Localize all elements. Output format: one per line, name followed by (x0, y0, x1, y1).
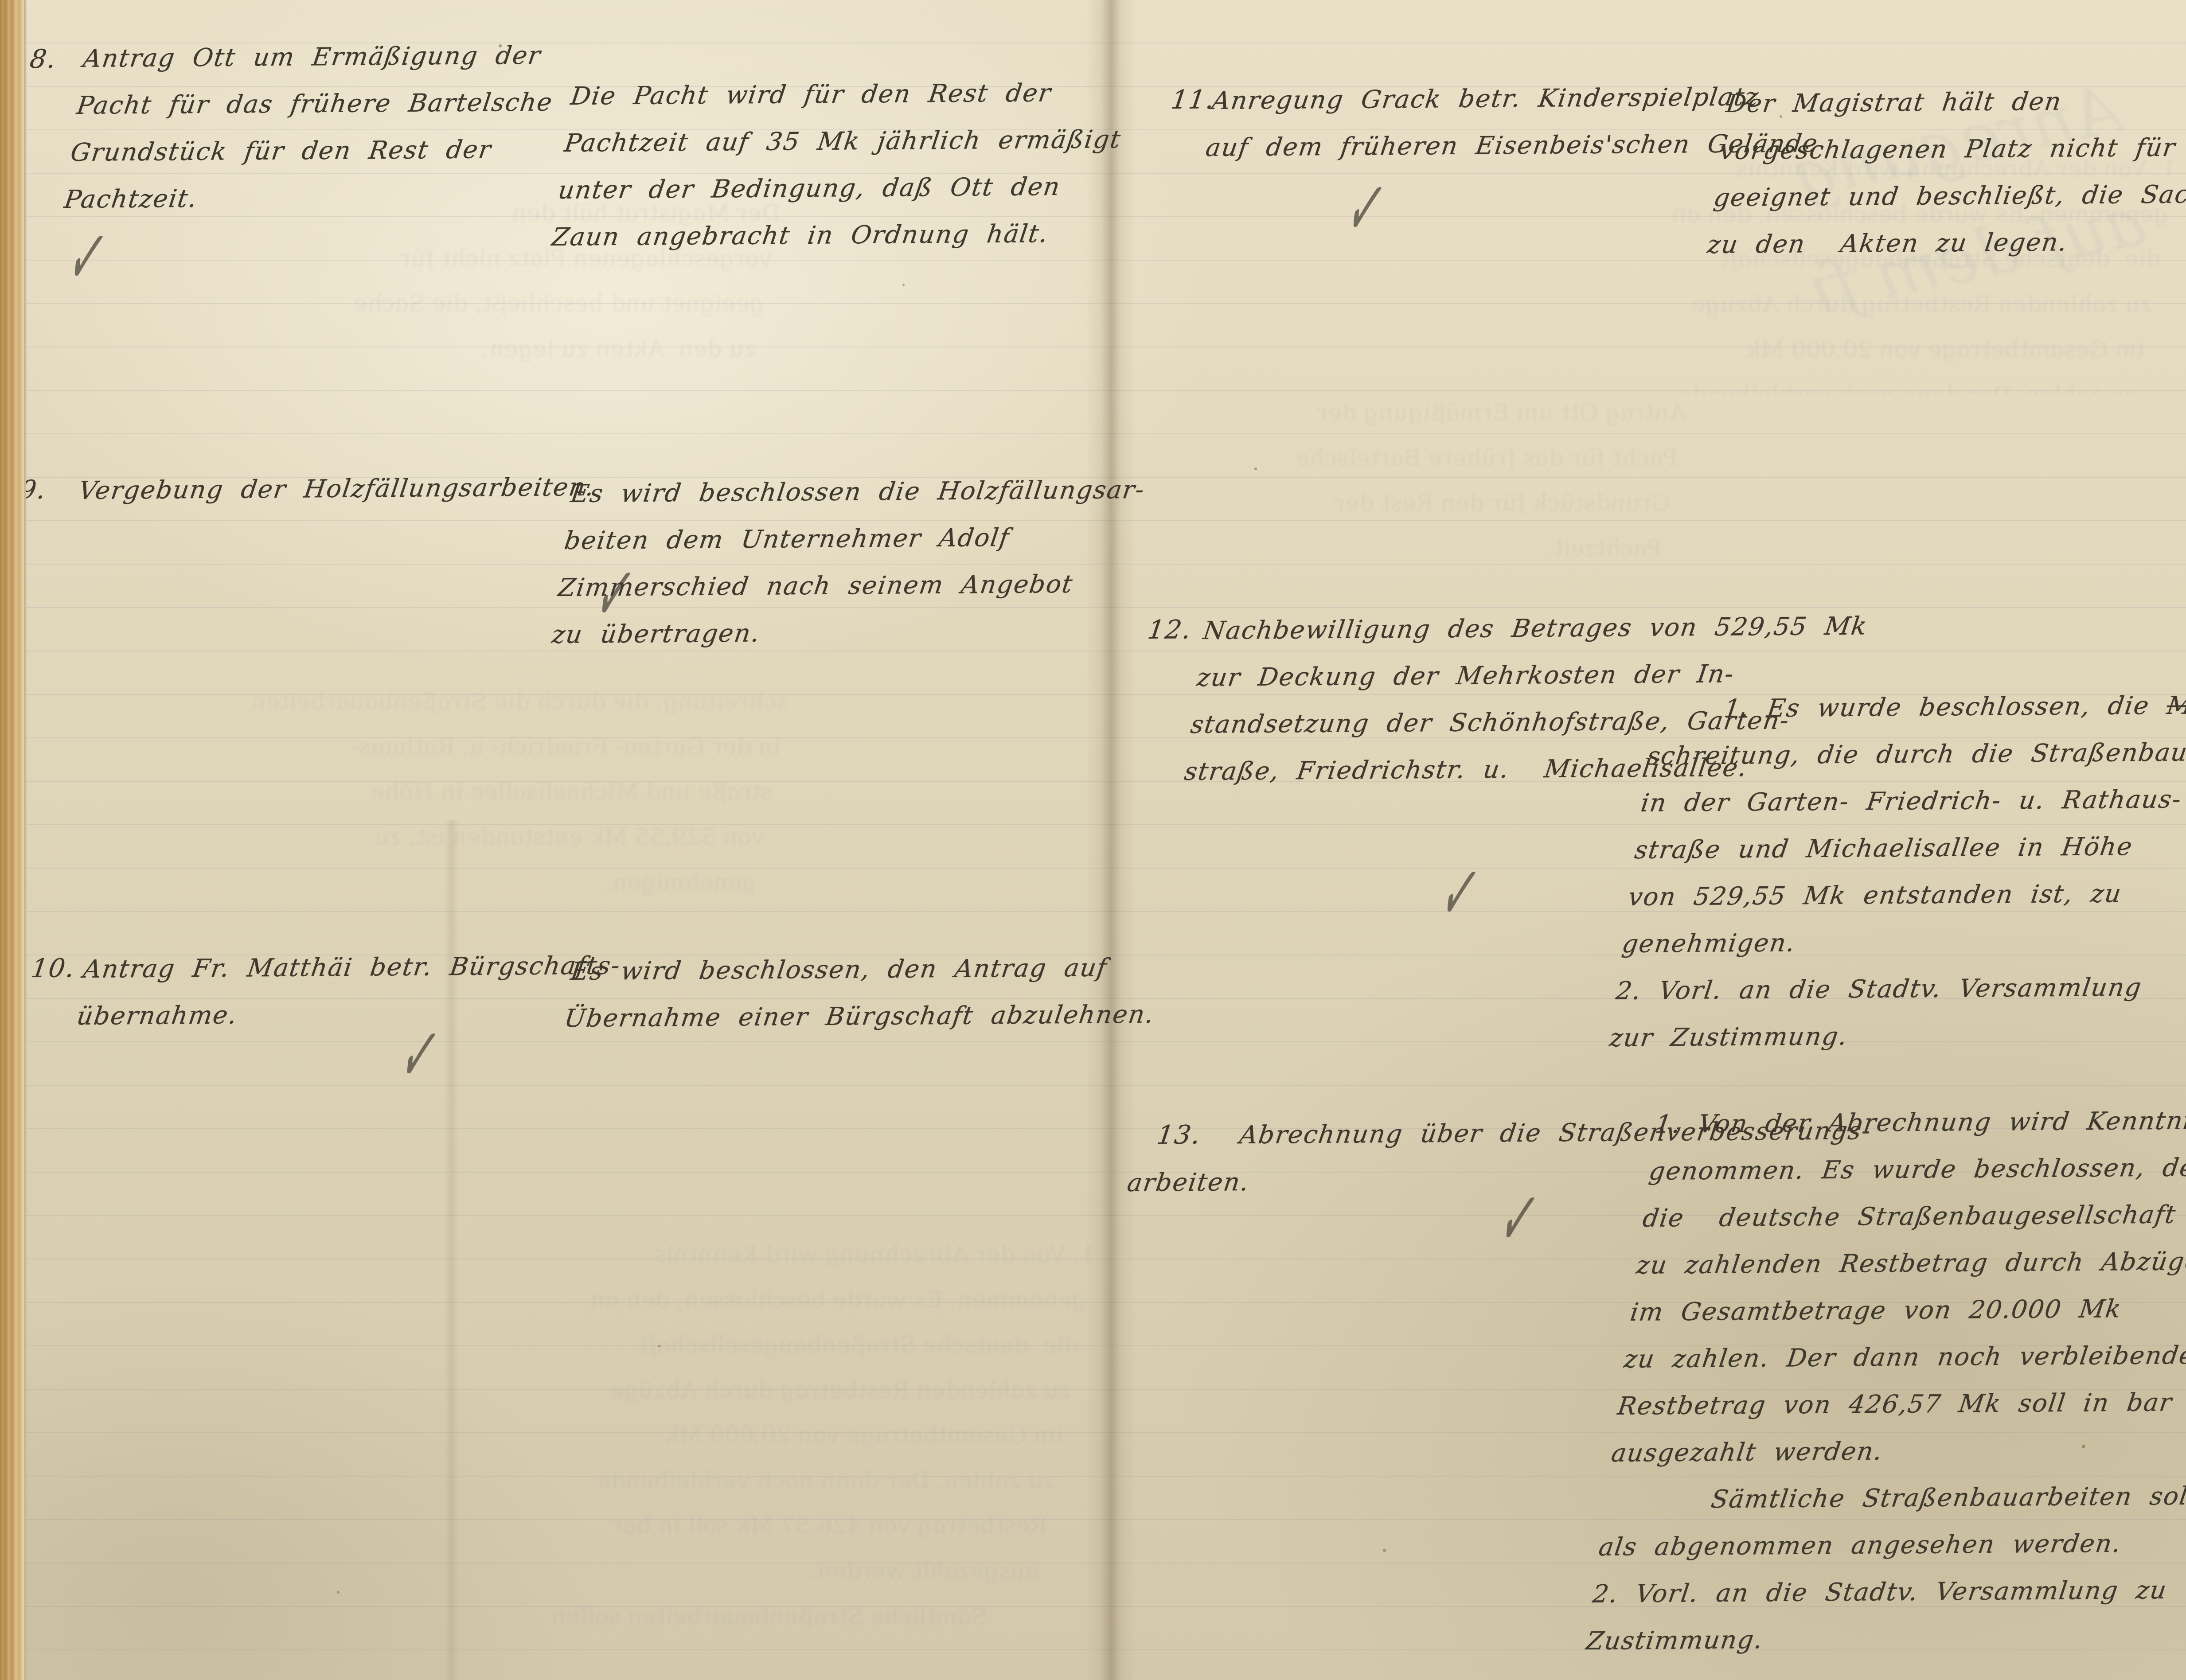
entry-resolution-text: 1. Von der Abrechnung wird Kenntnis geno… (1583, 1097, 2186, 1665)
entry-resolution-text: Es wird beschlossen, den Antrag auf Über… (562, 944, 1163, 1042)
book-binding-edge (0, 0, 26, 1680)
entry-resolution-text: Der Magistrat hält den vorgeschlagenen P… (1704, 77, 2186, 269)
paper-speck (658, 1345, 660, 1347)
paper-speck (1383, 1549, 1386, 1552)
paper-speck (499, 44, 502, 47)
bleed-through-text: schreitung, die durch die Straßenbauarbe… (42, 634, 801, 917)
entry-number: 10. (28, 944, 78, 992)
paper-speck (2082, 1445, 2085, 1448)
entry-number: 12. (1145, 606, 1195, 653)
resolution-text-part: schreitung, die durch die Straßenbauarbe… (1608, 690, 2186, 1052)
resolution-text-part: 1. Es wurde beschlossen, die (1722, 691, 2169, 723)
paper-speck (902, 284, 905, 286)
bleed-through-text: Antrag Ott um Ermäßigung der Pacht für d… (1143, 390, 1690, 603)
entry-motion-text: Antrag Ott um Ermäßigung der Pacht für d… (61, 32, 562, 223)
entry-motion-text: Vergebung der Holzfällungsarbeiten. (76, 464, 598, 515)
entry-resolution-text: Die Pacht wird für den Rest der Pachtzei… (549, 69, 1130, 261)
ledger-spread: Der Magistrat hält den vorgeschlagenen P… (0, 0, 2186, 1680)
bleed-through-text: 1. Von der Abrechnung wird Kenntnis geno… (275, 1232, 1099, 1631)
paper-speck (337, 1591, 340, 1594)
paper-speck (1780, 115, 1782, 118)
entry-resolution-text: Es wird beschlossen die Holzfällungsar- … (549, 467, 1148, 659)
entry-motion-text: Antrag Fr. Matthäi betr. Bürgschafts- üb… (74, 943, 624, 1040)
paper-speck (1254, 468, 1257, 470)
struck-out-word: Mehrkosten (2165, 690, 2186, 720)
entry-resolution-text: 1. Es wurde beschlossen, die Mehrkosten … (1600, 634, 2186, 1109)
